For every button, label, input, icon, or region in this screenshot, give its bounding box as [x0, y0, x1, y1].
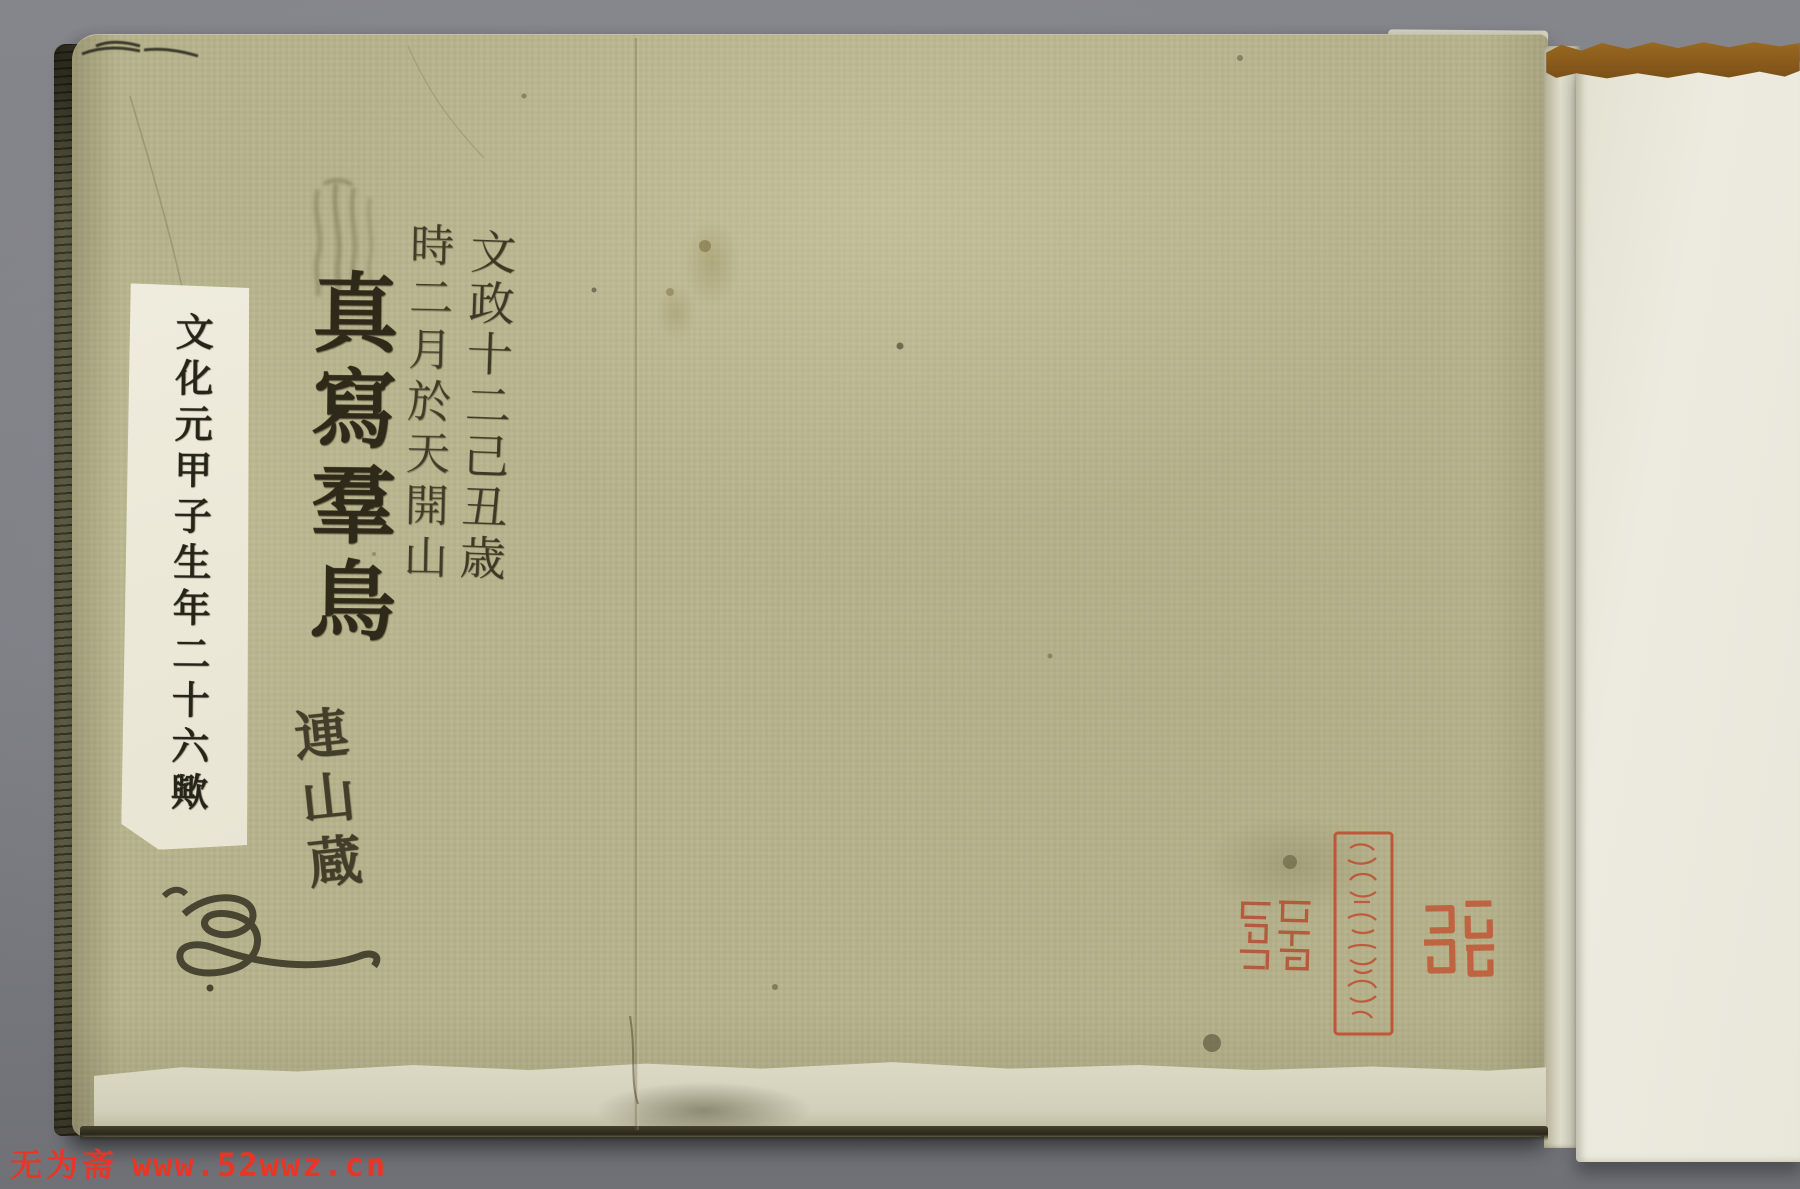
watermark-site-name: 无为斋 [10, 1140, 118, 1186]
rounded-collector-seal [1409, 889, 1507, 991]
kao-cipher [150, 882, 400, 1000]
site-watermark: 无为斋 www.52wwz.cn [10, 1140, 387, 1186]
page-fold-sliver [1544, 46, 1580, 1148]
title-inscription: 真寫羣鳥 [282, 267, 410, 652]
label-text: 文化元甲子生年二十六歟 [159, 312, 219, 819]
tall-collector-seal [1332, 830, 1396, 1038]
square-collector-seal [1231, 891, 1319, 979]
watermark-url: www.52wwz.cn [132, 1146, 387, 1184]
date-label-slip: 文化元甲子生年二十六歟 [121, 283, 253, 850]
photo-backdrop: 文化元甲子生年二十六歟 文政十二己丑歳 時二月於天開山 真寫羣鳥 連山蔵 [0, 0, 1800, 1189]
facing-recto-page [1576, 62, 1800, 1162]
